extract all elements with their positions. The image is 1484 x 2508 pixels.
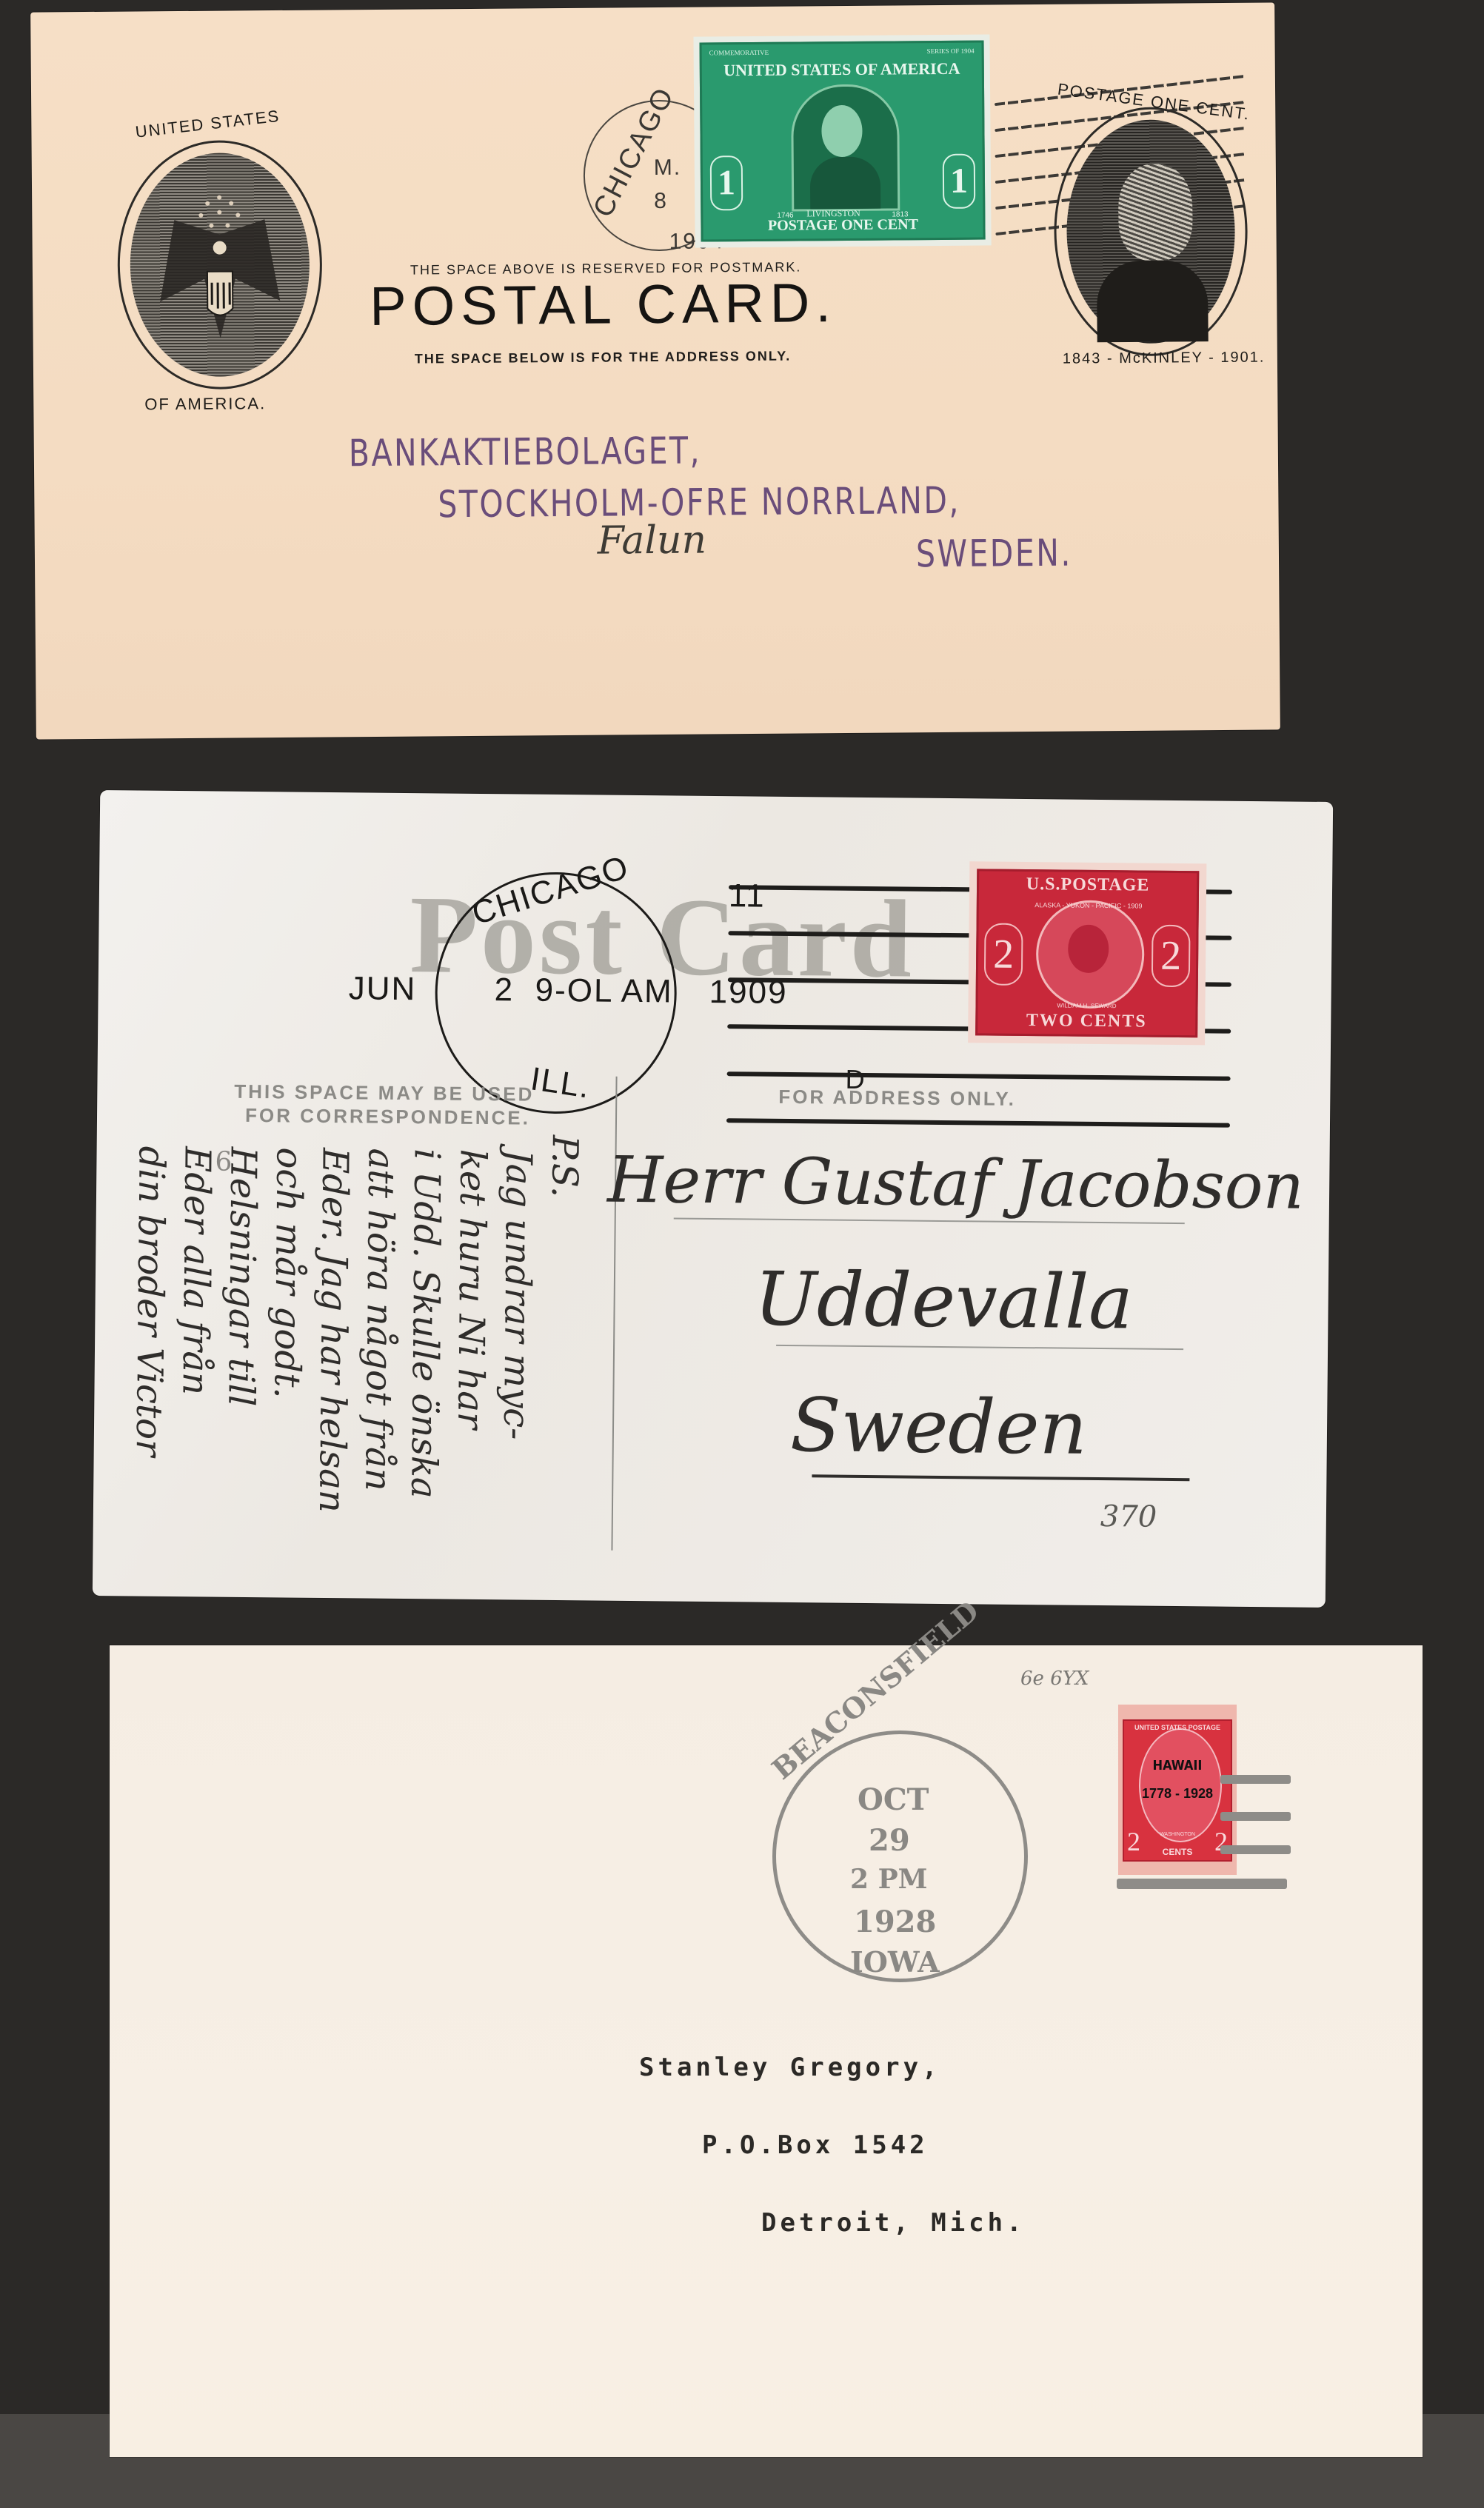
stamp-value-text: POSTAGE ONE CENT <box>703 216 983 235</box>
livingston-stamp: COMMEMORATIVE SERIES OF 1904 UNITED STAT… <box>693 34 991 247</box>
stamp-value-text: TWO CENTS <box>977 1010 1195 1032</box>
cancel-bar <box>727 1071 1231 1081</box>
address-line-1: Stanley Gregory, <box>639 2053 941 2082</box>
mckinley-indicia-icon <box>1053 107 1249 357</box>
postmark-time: 2 PM <box>850 1864 928 1895</box>
address-line-2: Uddevalla <box>754 1256 1133 1346</box>
stamp-country: UNITED STATES OF AMERICA <box>702 59 982 81</box>
overprint-line-2: 1778 - 1928 <box>1124 1786 1231 1802</box>
machine-number: 11 <box>729 877 766 914</box>
stamp-top-text: U.S.POSTAGE <box>979 874 1197 896</box>
address-only-label: FOR ADDRESS ONLY. <box>778 1086 1016 1111</box>
cancel-bar <box>1220 1775 1291 1784</box>
message-line: P.S. <box>544 1135 586 1198</box>
pencil-note: 6e 6YX <box>1020 1668 1089 1690</box>
correspondence-message: P.S.Jag undrar myc-ket huru Ni hari Udd.… <box>107 1131 601 1579</box>
postmark-day: 2 <box>494 972 514 1009</box>
postmark-line1: M. <box>654 156 682 181</box>
message-line: och mår godt. <box>266 1147 310 1399</box>
correspondence-label-2: FOR CORRESPONDENCE. <box>245 1104 530 1130</box>
denomination-right: 1 <box>943 154 976 209</box>
denomination-right: 2 <box>1152 925 1191 987</box>
livingston-portrait-icon <box>791 84 900 211</box>
seal-bottom-text: OF AMERICA. <box>144 394 266 414</box>
pencil-note: 370 <box>1100 1499 1157 1534</box>
postmark-year: 1928 <box>854 1905 936 1939</box>
seward-portrait-icon <box>1035 900 1144 1009</box>
eagle-seal-icon <box>117 140 324 390</box>
address-line-3: Detroit, Mich. <box>761 2208 1026 2238</box>
cancel-bar <box>1220 1812 1291 1821</box>
cancel-bar <box>1117 1879 1287 1889</box>
postmark-state: IOWA <box>850 1945 940 1979</box>
washington-portrait-icon <box>1139 1728 1222 1842</box>
picture-postcard: Post Card CHICAGO JUN 2 9-OL AM 1909 ILL… <box>93 790 1333 1608</box>
denomination-left: 2 <box>984 923 1023 986</box>
postmark-month: JUN <box>348 970 416 1008</box>
overprint-line-1: HAWAII <box>1124 1758 1231 1773</box>
stamp-country: UNITED STATES POSTAGE <box>1124 1724 1231 1731</box>
address-line-3: SWEDEN. <box>916 532 1072 576</box>
postmark-month: OCT <box>858 1782 929 1817</box>
message-line: Jag undrar myc- <box>495 1149 540 1439</box>
envelope: 6e 6YX BEACONSFIELD OCT 29 2 PM 1928 IOW… <box>110 1645 1423 2457</box>
address-space-note: THE SPACE BELOW IS FOR THE ADDRESS ONLY. <box>415 349 792 367</box>
message-line: i Udd. Skulle önska <box>403 1148 448 1499</box>
stamp-top-right: SERIES OF 1904 <box>927 47 975 56</box>
seal-top-text: UNITED STATES <box>135 107 281 142</box>
postmark-time: 9-OL AM <box>535 972 672 1011</box>
denomination-left: 1 <box>710 156 743 210</box>
portrait-label: WILLIAM H. SEWARD <box>977 1001 1195 1010</box>
address-underline <box>812 1474 1189 1481</box>
handwritten-city: Falun <box>598 518 707 563</box>
message-line: din broder Victor <box>128 1146 173 1457</box>
indicia-bottom-text: 1843 - McKINLEY - 1901. <box>1063 350 1266 368</box>
message-line: Eder. Jag har helsan <box>311 1148 356 1513</box>
address-line-1: Herr Gustaf Jacobson <box>607 1143 1305 1224</box>
message-line: Eder alla från <box>174 1146 218 1395</box>
stamp-ring-text: ALASKA - YUKON - PACIFIC - 1909 <box>1029 901 1148 910</box>
stamp-top-left: COMMEMORATIVE <box>709 49 769 57</box>
address-line-1: BANKAKTIEBOLAGET, <box>349 429 702 475</box>
corner-mark: 6 <box>215 1147 232 1177</box>
correspondence-label-1: THIS SPACE MAY BE USED <box>234 1080 534 1106</box>
postmark-day: 29 <box>869 1823 910 1858</box>
message-line: ket huru Ni har <box>449 1149 494 1430</box>
postal-card-title: POSTAL CARD. <box>370 271 837 338</box>
stamp-value-text: CENTS <box>1124 1847 1231 1857</box>
address-line-3: Sweden <box>790 1382 1088 1471</box>
cancel-bar <box>1220 1845 1291 1854</box>
hawaii-overprint-stamp: UNITED STATES POSTAGE HAWAII 1778 - 1928… <box>1118 1705 1237 1875</box>
postal-card: UNITED STATES OF AMERICA. THE SPACE ABOV… <box>30 2 1280 739</box>
postmark-line2: 8 <box>654 189 668 214</box>
message-line: att höra något från <box>357 1148 401 1491</box>
seward-stamp: U.S.POSTAGE ALASKA - YUKON - PACIFIC - 1… <box>968 861 1206 1045</box>
cancel-bar <box>726 1118 1230 1128</box>
address-line-2: P.O.Box 1542 <box>702 2130 929 2160</box>
message-line: Helsningar till <box>220 1147 264 1407</box>
